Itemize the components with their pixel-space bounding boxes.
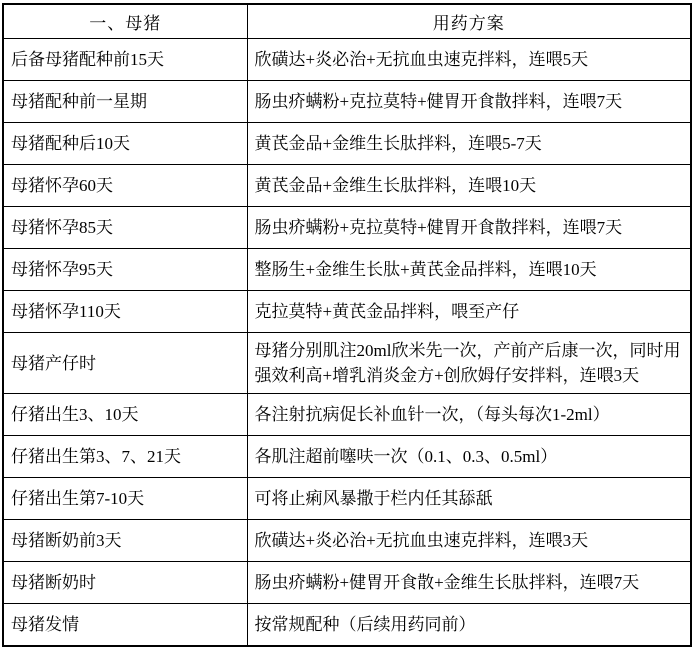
table-row: 母猪怀孕60天 黄芪金品+金维生长肽拌料，连喂10天	[3, 165, 691, 207]
header-row: 一、母猪 用药方案	[3, 4, 691, 39]
medication-schedule-table: 一、母猪 用药方案 后备母猪配种前15天 欣磺达+炎必治+无抗血虫速克拌料，连喂…	[2, 3, 692, 647]
stage-cell: 仔猪出生3、10天	[3, 394, 247, 436]
plan-cell: 整肠生+金维生长肽+黄芪金品拌料，连喂10天	[247, 249, 691, 291]
plan-cell: 欣磺达+炎必治+无抗血虫速克拌料，连喂3天	[247, 520, 691, 562]
stage-cell: 仔猪出生第3、7、21天	[3, 436, 247, 478]
stage-cell: 后备母猪配种前15天	[3, 39, 247, 81]
stage-cell: 母猪怀孕85天	[3, 207, 247, 249]
stage-cell: 母猪怀孕60天	[3, 165, 247, 207]
table-row: 母猪配种前一星期 肠虫疥螨粉+克拉莫特+健胃开食散拌料，连喂7天	[3, 81, 691, 123]
header-sow-section: 一、母猪	[3, 4, 247, 39]
table-row: 后备母猪配种前15天 欣磺达+炎必治+无抗血虫速克拌料，连喂5天	[3, 39, 691, 81]
plan-cell: 肠虫疥螨粉+健胃开食散+金维生长肽拌料，连喂7天	[247, 562, 691, 604]
plan-cell: 各注射抗病促长补血针一次，（每头每次1-2ml）	[247, 394, 691, 436]
stage-cell: 母猪配种后10天	[3, 123, 247, 165]
table-body: 后备母猪配种前15天 欣磺达+炎必治+无抗血虫速克拌料，连喂5天 母猪配种前一星…	[3, 39, 691, 647]
stage-cell: 母猪怀孕95天	[3, 249, 247, 291]
table-row: 母猪怀孕85天 肠虫疥螨粉+克拉莫特+健胃开食散拌料，连喂7天	[3, 207, 691, 249]
medication-schedule: 一、母猪 用药方案 后备母猪配种前15天 欣磺达+炎必治+无抗血虫速克拌料，连喂…	[0, 0, 693, 647]
table-row: 母猪断奶时 肠虫疥螨粉+健胃开食散+金维生长肽拌料，连喂7天	[3, 562, 691, 604]
plan-cell: 黄芪金品+金维生长肽拌料，连喂5-7天	[247, 123, 691, 165]
stage-cell: 母猪断奶前3天	[3, 520, 247, 562]
plan-cell: 肠虫疥螨粉+克拉莫特+健胃开食散拌料，连喂7天	[247, 207, 691, 249]
table-row: 仔猪出生第3、7、21天 各肌注超前噻呋一次（0.1、0.3、0.5ml）	[3, 436, 691, 478]
table-row: 母猪断奶前3天 欣磺达+炎必治+无抗血虫速克拌料，连喂3天	[3, 520, 691, 562]
table-row: 仔猪出生第7-10天 可将止痢风暴撒于栏内任其舔舐	[3, 478, 691, 520]
stage-cell: 母猪配种前一星期	[3, 81, 247, 123]
stage-cell: 仔猪出生第7-10天	[3, 478, 247, 520]
stage-cell: 母猪产仔时	[3, 333, 247, 394]
plan-cell: 克拉莫特+黄芪金品拌料，喂至产仔	[247, 291, 691, 333]
plan-cell: 黄芪金品+金维生长肽拌料，连喂10天	[247, 165, 691, 207]
plan-cell: 可将止痢风暴撒于栏内任其舔舐	[247, 478, 691, 520]
table-row: 母猪配种后10天 黄芪金品+金维生长肽拌料，连喂5-7天	[3, 123, 691, 165]
table-row: 母猪发情 按常规配种（后续用药同前）	[3, 604, 691, 647]
table-row: 母猪产仔时 母猪分别肌注20ml欣米先一次，产前产后康一次，同时用强效利高+增乳…	[3, 333, 691, 394]
header-medication-plan: 用药方案	[247, 4, 691, 39]
table-row: 母猪怀孕110天 克拉莫特+黄芪金品拌料，喂至产仔	[3, 291, 691, 333]
plan-cell: 欣磺达+炎必治+无抗血虫速克拌料，连喂5天	[247, 39, 691, 81]
plan-cell: 母猪分别肌注20ml欣米先一次，产前产后康一次，同时用强效利高+增乳消炎金方+创…	[247, 333, 691, 394]
plan-cell: 按常规配种（后续用药同前）	[247, 604, 691, 647]
stage-cell: 母猪怀孕110天	[3, 291, 247, 333]
stage-cell: 母猪断奶时	[3, 562, 247, 604]
plan-cell: 各肌注超前噻呋一次（0.1、0.3、0.5ml）	[247, 436, 691, 478]
table-row: 仔猪出生3、10天 各注射抗病促长补血针一次，（每头每次1-2ml）	[3, 394, 691, 436]
stage-cell: 母猪发情	[3, 604, 247, 647]
table-row: 母猪怀孕95天 整肠生+金维生长肽+黄芪金品拌料，连喂10天	[3, 249, 691, 291]
plan-cell: 肠虫疥螨粉+克拉莫特+健胃开食散拌料，连喂7天	[247, 81, 691, 123]
